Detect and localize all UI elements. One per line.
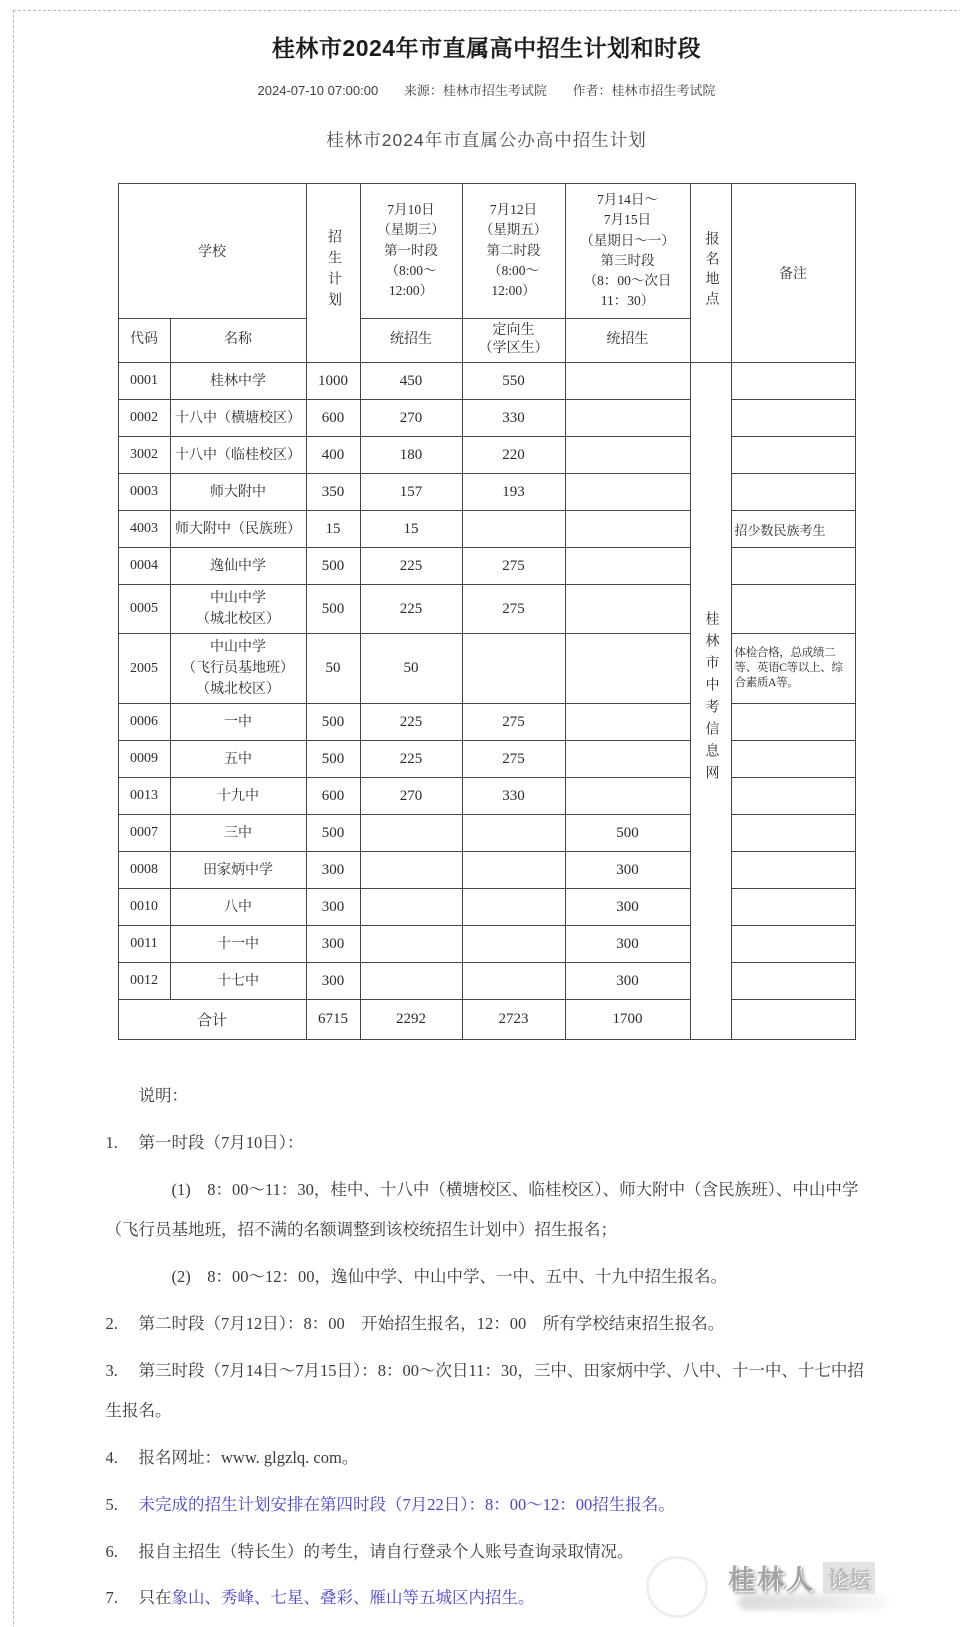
table-row: 0010八中300300 bbox=[118, 889, 855, 926]
cell-name: 十七中 bbox=[170, 963, 306, 1000]
cell-period3: 300 bbox=[565, 889, 690, 926]
cell-period1: 225 bbox=[360, 704, 462, 741]
cell-plan: 500 bbox=[306, 815, 360, 852]
cell-plan: 1000 bbox=[306, 363, 360, 400]
note-text: 3. 第三时段（7月14日～7月15日）：8：00～次日11：30，三中、田家炳… bbox=[106, 1361, 864, 1420]
cell-period3: 500 bbox=[565, 815, 690, 852]
cell-period3: 300 bbox=[565, 926, 690, 963]
cell-code: 0013 bbox=[118, 778, 170, 815]
cell-total-label: 合计 bbox=[118, 1000, 306, 1040]
table-row: 0008田家炳中学300300 bbox=[118, 852, 855, 889]
cell-period3 bbox=[565, 548, 690, 585]
cell-remark bbox=[731, 437, 855, 474]
article-page: 桂林市2024年市直属高中招生计划和时段 2024-07-10 07:00:00… bbox=[13, 10, 960, 1627]
cell-period1: 270 bbox=[360, 778, 462, 815]
note-text: 5. bbox=[106, 1495, 139, 1514]
header-school: 学校 bbox=[118, 184, 306, 319]
table-row: 0006一中500225275 bbox=[118, 704, 855, 741]
notes-list: 1. 第一时段（7月10日）： (1) 8：00～11：30，桂中、十八中（横塘… bbox=[106, 1123, 868, 1618]
cell-total-period1: 2292 bbox=[360, 1000, 462, 1040]
table-row: 0009五中500225275 bbox=[118, 741, 855, 778]
note-text: 4. 报名网址：www. glgzlq. com。 bbox=[106, 1448, 359, 1467]
header-name: 名称 bbox=[170, 318, 306, 363]
cell-remark bbox=[731, 926, 855, 963]
table-row: 0004逸仙中学500225275 bbox=[118, 548, 855, 585]
table-row: 0005中山中学 （城北校区）500225275 bbox=[118, 585, 855, 634]
cell-code: 3002 bbox=[118, 437, 170, 474]
cell-period2: 220 bbox=[462, 437, 565, 474]
cell-code: 0012 bbox=[118, 963, 170, 1000]
cell-period3: 300 bbox=[565, 963, 690, 1000]
enrollment-table: 学校 招生计划 7月10日 （星期三） 第一时段 （8:00～ 12:00） 7… bbox=[118, 183, 856, 1040]
cell-plan: 300 bbox=[306, 963, 360, 1000]
cell-remark bbox=[731, 400, 855, 437]
cell-plan: 400 bbox=[306, 437, 360, 474]
note-item: (1) 8：00～11：30，桂中、十八中（横塘校区、临桂校区）、师大附中（含民… bbox=[106, 1170, 868, 1250]
cell-name: 十一中 bbox=[170, 926, 306, 963]
cell-name: 十八中（横塘校区） bbox=[170, 400, 306, 437]
cell-remark bbox=[731, 585, 855, 634]
cell-period1: 180 bbox=[360, 437, 462, 474]
cell-remark bbox=[731, 889, 855, 926]
cell-period1: 225 bbox=[360, 585, 462, 634]
cell-period2: 275 bbox=[462, 585, 565, 634]
note-item: (2) 8：00～12：00，逸仙中学、中山中学、一中、五中、十九中招生报名。 bbox=[106, 1257, 868, 1297]
cell-remark bbox=[731, 474, 855, 511]
publish-date: 2024-07-10 07:00:00 bbox=[258, 83, 379, 98]
cell-plan: 300 bbox=[306, 852, 360, 889]
cell-plan: 300 bbox=[306, 926, 360, 963]
cell-plan: 600 bbox=[306, 400, 360, 437]
cell-plan: 500 bbox=[306, 741, 360, 778]
table-row: 0002十八中（横塘校区）600270330 bbox=[118, 400, 855, 437]
cell-period3 bbox=[565, 778, 690, 815]
cell-code: 0011 bbox=[118, 926, 170, 963]
cell-total-plan: 6715 bbox=[306, 1000, 360, 1040]
note-item: 2. 第二时段（7月12日）：8：00 开始招生报名，12：00 所有学校结束招… bbox=[106, 1304, 868, 1344]
cell-total-period3: 1700 bbox=[565, 1000, 690, 1040]
cell-period3 bbox=[565, 511, 690, 548]
cell-period2 bbox=[462, 511, 565, 548]
notes-heading: 说明： bbox=[106, 1076, 868, 1116]
cell-code: 0004 bbox=[118, 548, 170, 585]
page-title: 桂林市2024年市直属高中招生计划和时段 bbox=[13, 30, 960, 63]
note-item: 6. 报自主招生（特长生）的考生，请自行登录个人账号查询录取情况。 bbox=[106, 1532, 868, 1572]
table-row: 0013十九中600270330 bbox=[118, 778, 855, 815]
note-item: 7. 只在象山、秀峰、七星、叠彩、雁山等五城区内招生。 bbox=[106, 1578, 868, 1618]
cell-period2: 550 bbox=[462, 363, 565, 400]
cell-remark bbox=[731, 363, 855, 400]
note-item: 5. 未完成的招生计划安排在第四时段（7月22日）：8：00～12：00招生报名… bbox=[106, 1485, 868, 1525]
table-row: 0007三中500500 bbox=[118, 815, 855, 852]
cell-code: 0003 bbox=[118, 474, 170, 511]
table-body: 0001桂林中学1000450550桂林市中考信息网0002十八中（横塘校区）6… bbox=[118, 363, 855, 1040]
cell-period2 bbox=[462, 634, 565, 704]
cell-period3 bbox=[565, 585, 690, 634]
cell-plan: 15 bbox=[306, 511, 360, 548]
cell-period1: 157 bbox=[360, 474, 462, 511]
cell-period1: 50 bbox=[360, 634, 462, 704]
table-row: 4003师大附中（民族班）1515招少数民族考生 bbox=[118, 511, 855, 548]
notes-section: 说明： 1. 第一时段（7月10日）： (1) 8：00～11：30，桂中、十八… bbox=[106, 1076, 868, 1618]
cell-plan: 500 bbox=[306, 548, 360, 585]
header-period2: 7月12日 （星期五） 第二时段 （8:00～ 12:00） bbox=[462, 184, 565, 319]
cell-total-remark bbox=[731, 1000, 855, 1040]
cell-code: 4003 bbox=[118, 511, 170, 548]
cell-period2 bbox=[462, 852, 565, 889]
table-head: 学校 招生计划 7月10日 （星期三） 第一时段 （8:00～ 12:00） 7… bbox=[118, 184, 855, 363]
cell-period2 bbox=[462, 815, 565, 852]
header-remark: 备注 bbox=[731, 184, 855, 363]
cell-code: 0006 bbox=[118, 704, 170, 741]
cell-name: 八中 bbox=[170, 889, 306, 926]
cell-plan: 50 bbox=[306, 634, 360, 704]
article-header: 桂林市2024年市直属高中招生计划和时段 2024-07-10 07:00:00… bbox=[13, 10, 960, 152]
table-row: 0001桂林中学1000450550桂林市中考信息网 bbox=[118, 363, 855, 400]
cell-period1: 450 bbox=[360, 363, 462, 400]
note-link-text[interactable]: 未完成的招生计划安排在第四时段（7月22日）：8：00～12：00招生报名。 bbox=[139, 1495, 675, 1514]
cell-period1 bbox=[360, 963, 462, 1000]
cell-remark bbox=[731, 852, 855, 889]
cell-name: 中山中学 （城北校区） bbox=[170, 585, 306, 634]
cell-period2 bbox=[462, 963, 565, 1000]
cell-name: 师大附中（民族班） bbox=[170, 511, 306, 548]
cell-period2: 275 bbox=[462, 741, 565, 778]
cell-code: 0007 bbox=[118, 815, 170, 852]
cell-period1 bbox=[360, 852, 462, 889]
note-item: 3. 第三时段（7月14日～7月15日）：8：00～次日11：30，三中、田家炳… bbox=[106, 1351, 868, 1431]
cell-period3 bbox=[565, 400, 690, 437]
cell-period1: 270 bbox=[360, 400, 462, 437]
source-label: 来源：桂林市招生考试院 bbox=[404, 83, 547, 98]
header-code: 代码 bbox=[118, 318, 170, 363]
table-caption: 桂林市2024年市直属公办高中招生计划 bbox=[13, 127, 960, 152]
cell-period3 bbox=[565, 363, 690, 400]
cell-plan: 600 bbox=[306, 778, 360, 815]
author-label: 作者：桂林市招生考试院 bbox=[572, 83, 715, 98]
cell-plan: 300 bbox=[306, 889, 360, 926]
cell-period3 bbox=[565, 704, 690, 741]
cell-remark bbox=[731, 548, 855, 585]
cell-location: 桂林市中考信息网 bbox=[690, 363, 731, 1040]
note-item: 4. 报名网址：www. glgzlq. com。 bbox=[106, 1438, 868, 1478]
table-row: 0011十一中300300 bbox=[118, 926, 855, 963]
cell-period2: 275 bbox=[462, 548, 565, 585]
cell-name: 五中 bbox=[170, 741, 306, 778]
cell-code: 2005 bbox=[118, 634, 170, 704]
header-sub1: 统招生 bbox=[360, 318, 462, 363]
cell-period2: 330 bbox=[462, 778, 565, 815]
note-item: 1. 第一时段（7月10日）： bbox=[106, 1123, 868, 1163]
cell-plan: 350 bbox=[306, 474, 360, 511]
note-link-text[interactable]: 象山、秀峰、七星、叠彩、雁山等五城区内招生。 bbox=[172, 1588, 535, 1607]
note-text: (2) 8：00～12：00，逸仙中学、中山中学、一中、五中、十九中招生报名。 bbox=[106, 1267, 728, 1286]
cell-period2: 330 bbox=[462, 400, 565, 437]
cell-plan: 500 bbox=[306, 704, 360, 741]
cell-period3 bbox=[565, 634, 690, 704]
cell-period2: 193 bbox=[462, 474, 565, 511]
cell-remark bbox=[731, 741, 855, 778]
header-plan: 招生计划 bbox=[306, 184, 360, 363]
cell-code: 0005 bbox=[118, 585, 170, 634]
header-location: 报名地点 bbox=[690, 184, 731, 363]
cell-period3 bbox=[565, 741, 690, 778]
table-total-row: 合计6715229227231700 bbox=[118, 1000, 855, 1040]
cell-period1: 225 bbox=[360, 548, 462, 585]
cell-period2 bbox=[462, 926, 565, 963]
cell-name: 中山中学 （飞行员基地班） （城北校区） bbox=[170, 634, 306, 704]
cell-code: 0009 bbox=[118, 741, 170, 778]
cell-remark: 招少数民族考生 bbox=[731, 511, 855, 548]
cell-plan: 500 bbox=[306, 585, 360, 634]
note-text: 7. 只在 bbox=[106, 1588, 172, 1607]
cell-period1: 15 bbox=[360, 511, 462, 548]
cell-name: 十八中（临桂校区） bbox=[170, 437, 306, 474]
cell-name: 田家炳中学 bbox=[170, 852, 306, 889]
table-row: 2005中山中学 （飞行员基地班） （城北校区）5050体检合格，总成绩二等、英… bbox=[118, 634, 855, 704]
cell-period3 bbox=[565, 437, 690, 474]
cell-remark: 体检合格，总成绩二等、英语C等以上、综合素质A等。 bbox=[731, 634, 855, 704]
cell-name: 逸仙中学 bbox=[170, 548, 306, 585]
cell-period3: 300 bbox=[565, 852, 690, 889]
cell-period3 bbox=[565, 474, 690, 511]
article-meta: 2024-07-10 07:00:00 来源：桂林市招生考试院 作者：桂林市招生… bbox=[13, 80, 960, 99]
cell-code: 0008 bbox=[118, 852, 170, 889]
note-text: 1. 第一时段（7月10日）： bbox=[106, 1133, 304, 1152]
cell-code: 0001 bbox=[118, 363, 170, 400]
cell-remark bbox=[731, 778, 855, 815]
cell-period1 bbox=[360, 815, 462, 852]
enrollment-table-wrapper: 学校 招生计划 7月10日 （星期三） 第一时段 （8:00～ 12:00） 7… bbox=[13, 183, 960, 1040]
table-row: 0012十七中300300 bbox=[118, 963, 855, 1000]
cell-period2 bbox=[462, 889, 565, 926]
cell-period1 bbox=[360, 889, 462, 926]
cell-period1: 225 bbox=[360, 741, 462, 778]
header-period1: 7月10日 （星期三） 第一时段 （8:00～ 12:00） bbox=[360, 184, 462, 319]
table-row: 0003师大附中350157193 bbox=[118, 474, 855, 511]
cell-name: 十九中 bbox=[170, 778, 306, 815]
cell-remark bbox=[731, 963, 855, 1000]
note-text: 2. 第二时段（7月12日）：8：00 开始招生报名，12：00 所有学校结束招… bbox=[106, 1314, 725, 1333]
cell-remark bbox=[731, 704, 855, 741]
cell-name: 桂林中学 bbox=[170, 363, 306, 400]
cell-period2: 275 bbox=[462, 704, 565, 741]
table-row: 3002十八中（临桂校区）400180220 bbox=[118, 437, 855, 474]
header-period3: 7月14日～ 7月15日 （星期日～一） 第三时段 （8：00～次日 11：30… bbox=[565, 184, 690, 319]
cell-total-period2: 2723 bbox=[462, 1000, 565, 1040]
cell-period1 bbox=[360, 926, 462, 963]
note-text: (1) 8：00～11：30，桂中、十八中（横塘校区、临桂校区）、师大附中（含民… bbox=[106, 1180, 859, 1239]
cell-name: 师大附中 bbox=[170, 474, 306, 511]
cell-code: 0010 bbox=[118, 889, 170, 926]
note-text: 6. 报自主招生（特长生）的考生，请自行登录个人账号查询录取情况。 bbox=[106, 1542, 634, 1561]
header-sub3: 统招生 bbox=[565, 318, 690, 363]
cell-name: 一中 bbox=[170, 704, 306, 741]
cell-code: 0002 bbox=[118, 400, 170, 437]
header-sub2: 定向生 （学区生） bbox=[462, 318, 565, 363]
cell-name: 三中 bbox=[170, 815, 306, 852]
cell-remark bbox=[731, 815, 855, 852]
